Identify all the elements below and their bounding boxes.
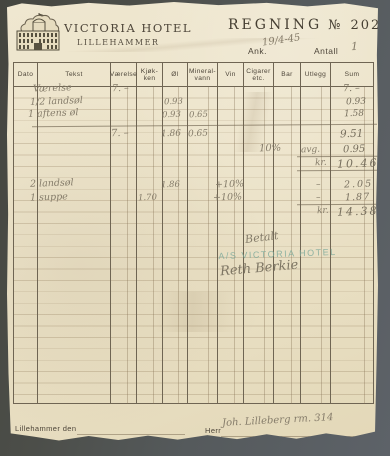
col-kjokken	[137, 87, 163, 404]
entry-1-tekst: Værelse	[33, 82, 72, 94]
entry-3-mineralvann: 0.65	[189, 110, 208, 121]
col-header-mineralvann: Mineral-vann	[188, 63, 218, 86]
entry-6-sum: 10.46	[337, 156, 379, 170]
entry-7-percent-note: +10%	[215, 178, 244, 190]
entry-5-utlegg-note: avg.	[301, 145, 320, 156]
arrival-date-handwritten: 19/4-45	[261, 32, 301, 48]
col-header-kjokken: Kjøk-ken	[137, 63, 163, 86]
bottom-faint-rule	[77, 442, 375, 443]
col-header-bar: Bar	[274, 63, 301, 86]
col-header-vin: Vin	[218, 63, 244, 86]
entry-4-ol: 1.86	[161, 129, 181, 140]
entry-7-utlegg-dash: –	[316, 180, 321, 190]
col-dato	[14, 87, 38, 404]
entry-4-vaerelse: 7. –	[111, 128, 129, 140]
entry-8-sum: 1.87	[345, 192, 371, 204]
place-date-label: Lillehammer den	[15, 424, 76, 433]
entry-7-ol: 1.86	[161, 180, 180, 191]
receipt-number: 20290	[350, 18, 390, 33]
col-bar	[274, 87, 301, 404]
col-header-ol: Øl	[163, 63, 188, 86]
entry-9-kr-note: kr.	[317, 206, 329, 216]
col-header-utlegg: Utlegg	[301, 63, 331, 86]
guest-name-rule	[221, 436, 373, 437]
hotel-city: LILLEHAMMER	[77, 38, 159, 47]
entry-4-mineralvann: 0.65	[188, 129, 208, 140]
count-label: Antall	[314, 46, 338, 56]
entry-6-kr-note: kr.	[315, 158, 327, 168]
entry-9-sum: 14.38	[337, 204, 379, 218]
hotel-name: VICTORIA HOTEL	[64, 21, 192, 35]
entry-3-sum: 1.58	[344, 109, 364, 120]
number-sign: №	[328, 18, 340, 33]
entry-5-sum: 0.95	[343, 144, 366, 156]
entry-7-sum: 2.05	[344, 178, 374, 190]
entry-2-sum: 0.93	[346, 97, 366, 108]
col-tekst	[38, 87, 111, 404]
guest-label: Herr	[205, 426, 221, 435]
title-regning: REGNING	[228, 17, 322, 33]
count-value-handwritten: 1	[351, 40, 358, 53]
entry-2-tekst: 1/2 landsøl	[30, 95, 83, 108]
entry-3-ol: 0.93	[162, 110, 181, 121]
photo-background: VICTORIA HOTEL LILLEHAMMER REGNING№20290…	[0, 0, 390, 456]
entry-4-sum: 9.51	[340, 128, 364, 141]
entry-3-tekst: 1 aftens øl	[28, 107, 79, 120]
entry-5-percent-note: 10%	[259, 143, 282, 155]
col-utlegg	[301, 87, 331, 404]
col-header-dato: Dato	[14, 63, 38, 86]
entry-8-kjokken: 1.70	[138, 193, 157, 204]
entry-8-percent-note: +10%	[213, 191, 242, 203]
entry-7-tekst: 2 landsøl	[30, 177, 74, 190]
entry-2-ol: 0.93	[164, 97, 183, 108]
col-vin	[218, 87, 244, 404]
place-date-rule	[77, 434, 185, 435]
entry-1-sum: 7. –	[343, 83, 360, 95]
receipt-paper: VICTORIA HOTEL LILLEHAMMER REGNING№20290…	[7, 2, 378, 444]
col-header-cigarer: Cigarer etc.	[244, 63, 274, 86]
hotel-building-icon	[14, 10, 62, 58]
entry-8-utlegg-dash: –	[316, 193, 321, 203]
entry-1-vaerelse: 7. –	[112, 83, 129, 95]
entry-8-tekst: 1 suppe	[30, 191, 68, 203]
document-title: REGNING№20290	[228, 14, 390, 33]
guest-name-handwritten: Joh. Lilleberg rm. 314	[222, 412, 334, 429]
